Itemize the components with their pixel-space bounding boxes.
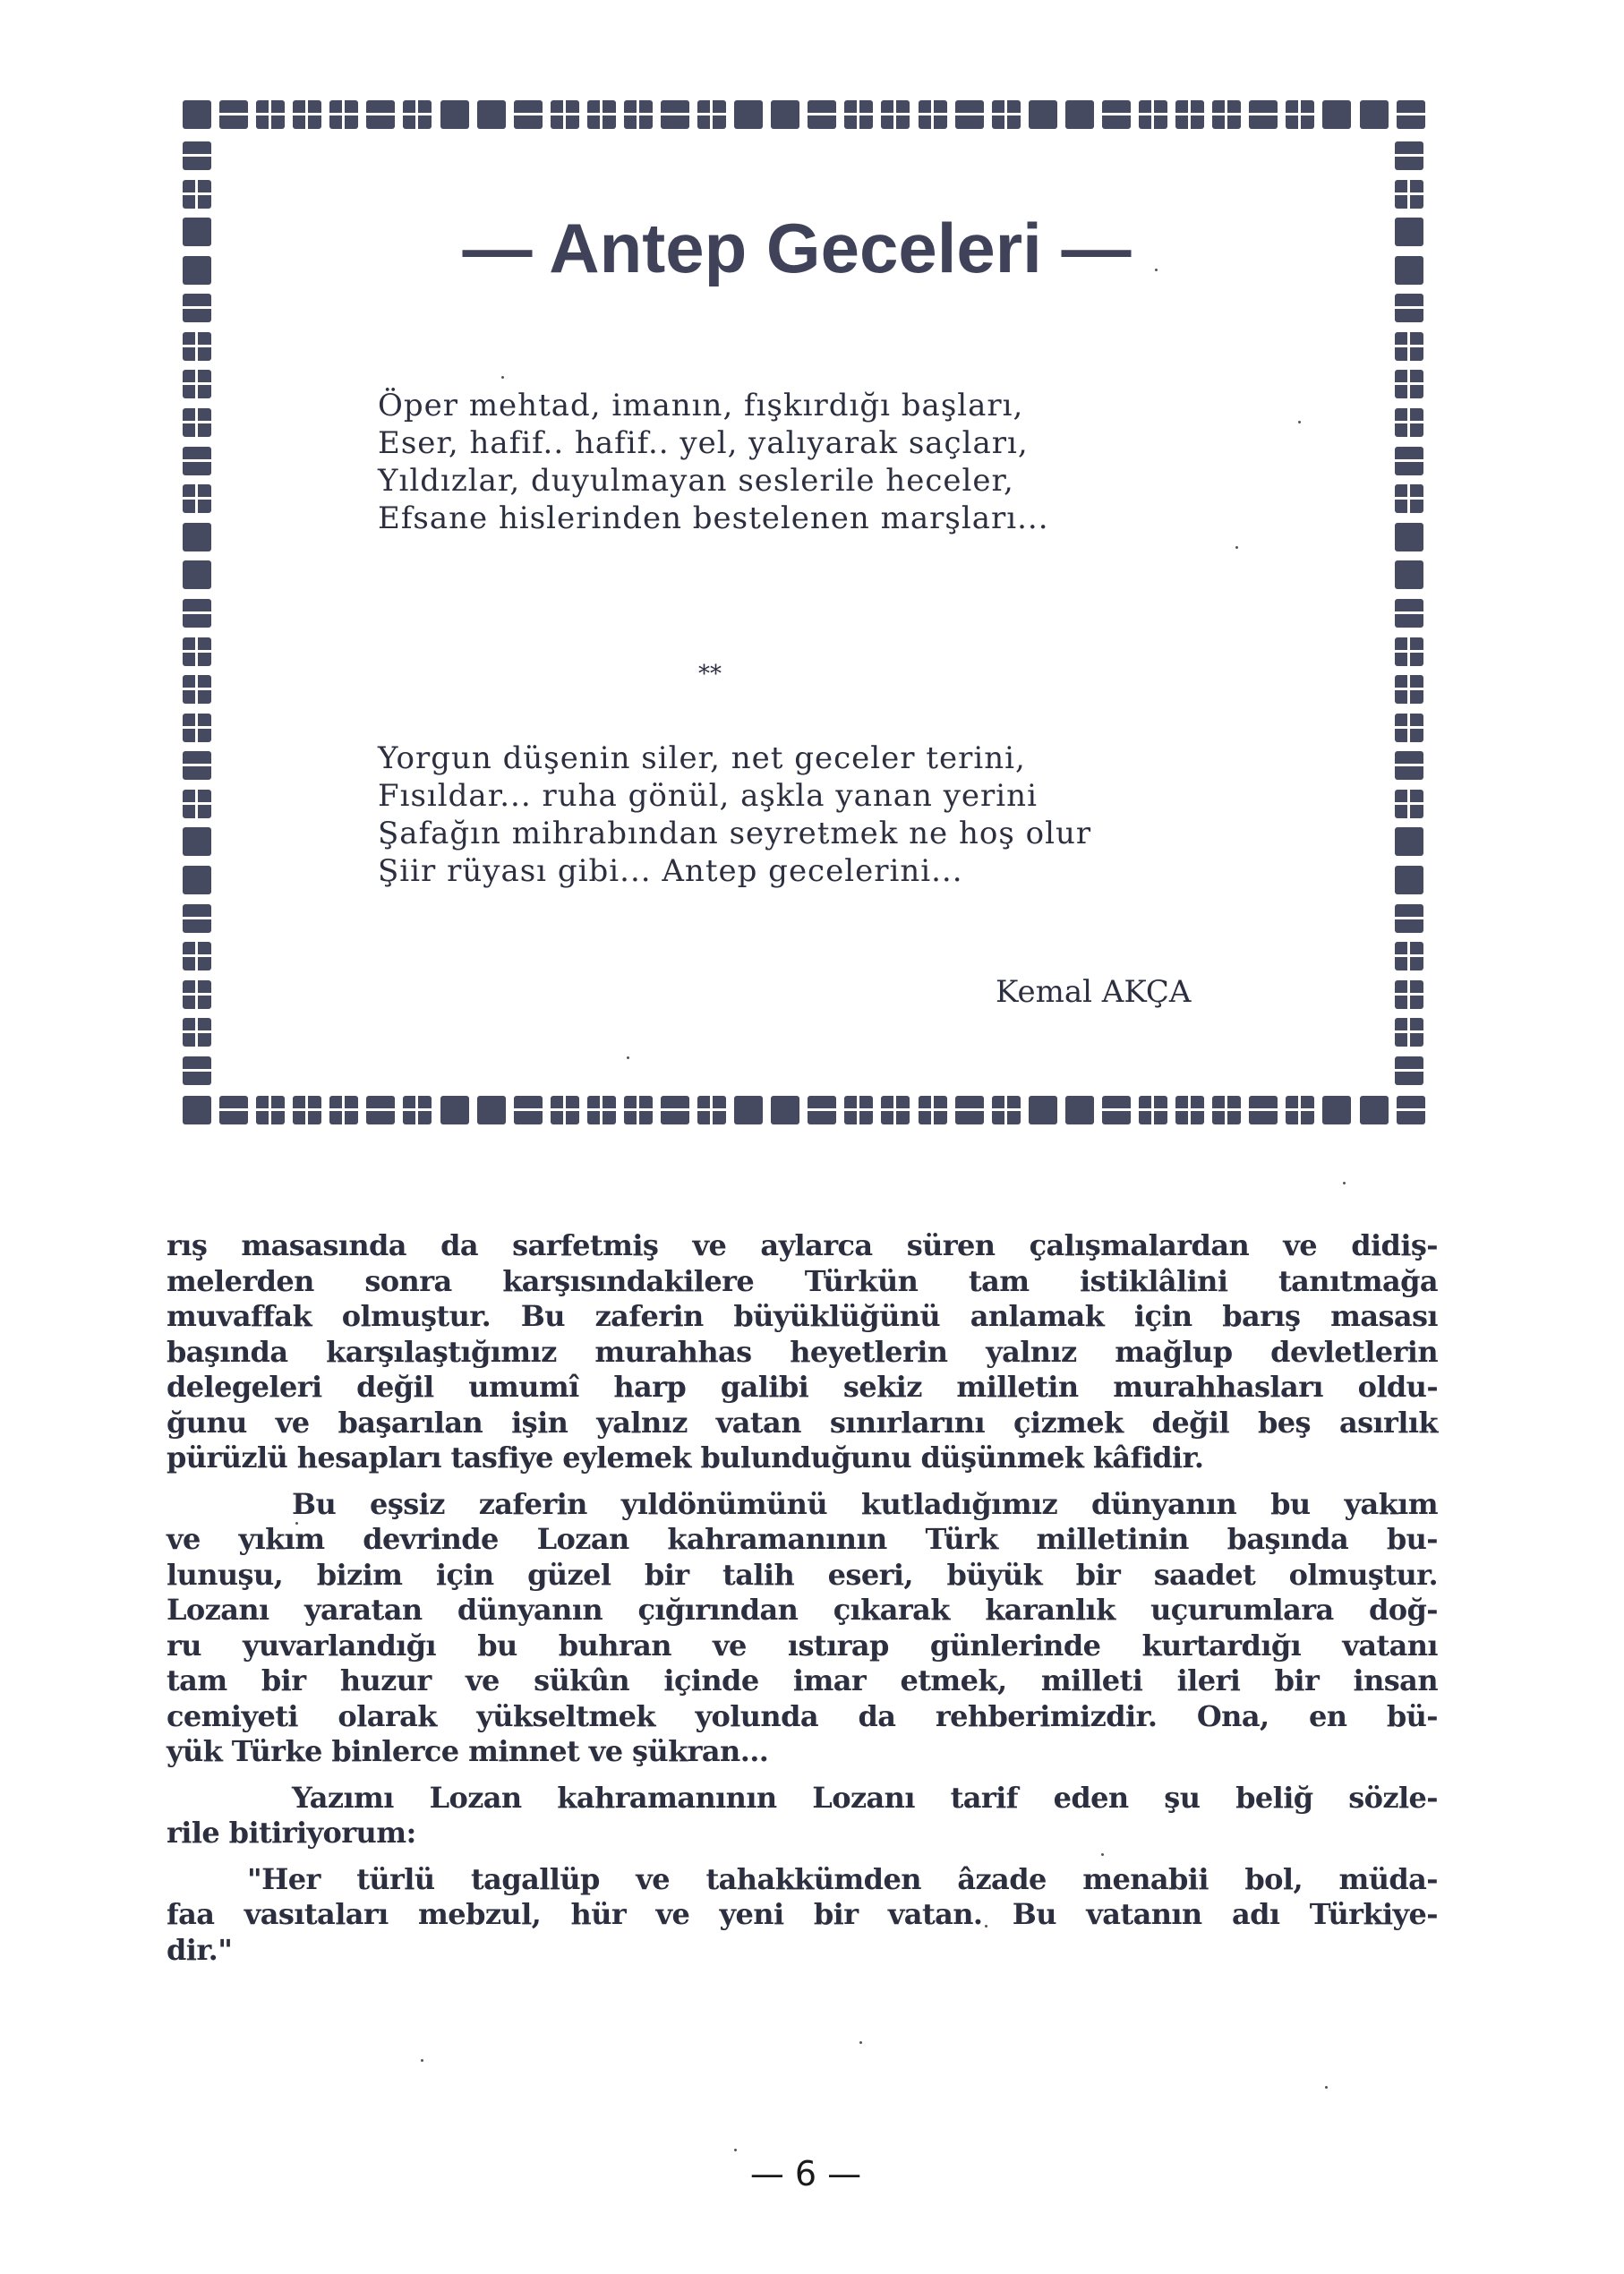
frame-ornament-square — [183, 332, 211, 361]
frame-ornament-square — [1139, 100, 1167, 129]
frame-ornament-square — [183, 980, 211, 1009]
text-line: delegeleri değil umumî harp galibi sekiz… — [167, 1370, 1438, 1406]
frame-ornament-square — [183, 256, 211, 285]
scan-speck — [501, 376, 504, 379]
frame-ornament-square — [1322, 100, 1351, 129]
frame-ornament-square — [1175, 100, 1204, 129]
frame-ornament-square — [183, 942, 211, 970]
frame-top-border — [183, 100, 1425, 131]
frame-ornament-square — [1395, 675, 1423, 704]
frame-ornament-square — [844, 100, 873, 129]
frame-ornament-square — [1395, 408, 1423, 437]
frame-ornament-square — [1029, 100, 1057, 129]
scan-speck — [1235, 546, 1238, 549]
frame-ornament-square — [183, 370, 211, 398]
poem-line: Yıldızlar, duyulmayan seslerile heceler, — [378, 462, 1049, 500]
frame-ornament-square — [440, 1096, 469, 1124]
text-line: "Her türlü tagallüp ve tahakkümden âzade… — [167, 1862, 1438, 1898]
text-line: pürüzlü hesapları tasfiye eylemek bulund… — [167, 1440, 1438, 1476]
frame-ornament-square — [587, 100, 616, 129]
frame-ornament-square — [1395, 523, 1423, 551]
frame-ornament-square — [366, 1096, 395, 1124]
frame-ornament-square — [1395, 751, 1423, 780]
poem-line: Efsane hislerinden bestelenen marşları..… — [378, 500, 1049, 537]
scan-speck — [1101, 1853, 1104, 1856]
text-line: faa vasıtaları mebzul, hür ve yeni bir v… — [167, 1897, 1438, 1933]
frame-ornament-square — [1395, 218, 1423, 246]
frame-ornament-square — [183, 560, 211, 589]
paragraph-gap — [167, 1476, 1438, 1487]
frame-ornament-square — [1397, 100, 1425, 129]
scan-speck — [1155, 269, 1158, 271]
frame-ornament-square — [661, 1096, 689, 1124]
frame-right-border — [1395, 141, 1425, 1085]
scan-speck — [1298, 421, 1301, 423]
scan-speck — [1343, 1182, 1346, 1184]
closing-quote: "Her türlü tagallüp ve tahakkümden âzade… — [167, 1862, 1438, 1969]
scan-speck — [1325, 2086, 1328, 2089]
text-line: başında karşılaştığımız murahhas heyetle… — [167, 1335, 1438, 1371]
frame-ornament-square — [697, 100, 726, 129]
scan-speck — [859, 2041, 862, 2044]
text-line: ru yuvarlandığı bu buhran ve ıstırap gün… — [167, 1629, 1438, 1664]
poem-line: Şafağın mihrabından seyretmek ne hoş olu… — [378, 815, 1091, 852]
frame-ornament-square — [183, 866, 211, 894]
frame-ornament-square — [183, 447, 211, 475]
text-line: lunuşu, bizim için güzel bir talih eseri… — [167, 1558, 1438, 1594]
frame-ornament-square — [881, 100, 910, 129]
frame-ornament-square — [808, 100, 836, 129]
frame-ornament-square — [183, 1096, 211, 1124]
scan-speck — [295, 1522, 298, 1525]
frame-ornament-square — [1395, 904, 1423, 933]
frame-ornament-square — [183, 675, 211, 704]
frame-ornament-square — [1395, 1056, 1423, 1085]
frame-ornament-square — [1395, 294, 1423, 322]
frame-ornament-square — [183, 1018, 211, 1047]
paragraph-gap — [167, 1851, 1438, 1862]
frame-ornament-square — [1395, 790, 1423, 818]
scan-speck — [421, 2059, 423, 2062]
frame-ornament-square — [514, 100, 543, 129]
frame-ornament-square — [1395, 599, 1423, 628]
poem-line: Eser, hafif.. hafif.. yel, yalıyarak saç… — [378, 424, 1049, 462]
frame-ornament-square — [183, 180, 211, 209]
frame-ornament-square — [514, 1096, 543, 1124]
paragraph-gap — [167, 1770, 1438, 1781]
frame-ornament-square — [734, 100, 763, 129]
frame-ornament-square — [697, 1096, 726, 1124]
frame-ornament-square — [1139, 1096, 1167, 1124]
stanza-separator: ** — [698, 661, 722, 688]
text-line: rile bitiriyorum: — [167, 1816, 1438, 1851]
frame-ornament-square — [624, 100, 653, 129]
scan-speck — [627, 1056, 629, 1059]
frame-ornament-square — [183, 827, 211, 856]
frame-ornament-square — [1395, 332, 1423, 361]
frame-ornament-square — [183, 751, 211, 780]
frame-ornament-square — [403, 1096, 432, 1124]
frame-ornament-square — [1395, 637, 1423, 666]
frame-ornament-square — [183, 100, 211, 129]
text-line: melerden sonra karşısındakilere Türkün t… — [167, 1264, 1438, 1300]
text-line: Lozanı yaratan dünyanın çığırından çıkar… — [167, 1593, 1438, 1629]
frame-ornament-square — [219, 1096, 248, 1124]
frame-ornament-square — [293, 100, 321, 129]
frame-ornament-square — [440, 100, 469, 129]
frame-ornament-square — [1395, 256, 1423, 285]
text-line: rış masasında da sarfetmiş ve aylarca sü… — [167, 1228, 1438, 1264]
frame-ornament-square — [587, 1096, 616, 1124]
page-number: — 6 — — [716, 2154, 895, 2193]
frame-ornament-square — [183, 904, 211, 933]
frame-ornament-square — [219, 100, 248, 129]
frame-ornament-square — [551, 1096, 579, 1124]
paragraph-1: rış masasında da sarfetmiş ve aylarca sü… — [167, 1228, 1438, 1476]
frame-ornament-square — [183, 523, 211, 551]
frame-ornament-square — [919, 1096, 947, 1124]
frame-ornament-square — [771, 100, 799, 129]
frame-ornament-square — [183, 714, 211, 742]
text-line: muvaffak olmuştur. Bu zaferin büyüklüğün… — [167, 1299, 1438, 1335]
scanned-page: — Antep Geceleri — Öper mehtad, imanın, … — [0, 0, 1624, 2274]
frame-ornament-square — [477, 100, 506, 129]
frame-ornament-square — [183, 599, 211, 628]
frame-ornament-square — [477, 1096, 506, 1124]
frame-ornament-square — [183, 1056, 211, 1085]
text-line: ve yıkım devrinde Lozan kahramanının Tür… — [167, 1522, 1438, 1558]
frame-ornament-square — [1212, 1096, 1241, 1124]
frame-ornament-square — [1102, 1096, 1131, 1124]
frame-ornament-square — [1395, 1018, 1423, 1047]
frame-ornament-square — [1395, 980, 1423, 1009]
poem-author: Kemal AKÇA — [996, 974, 1191, 1010]
poem-line: Şiir rüyası gibi... Antep gecelerini... — [378, 852, 1091, 890]
frame-ornament-square — [1065, 1096, 1094, 1124]
frame-ornament-square — [1212, 100, 1241, 129]
frame-ornament-square — [293, 1096, 321, 1124]
frame-ornament-square — [1175, 1096, 1204, 1124]
frame-ornament-square — [329, 1096, 358, 1124]
poem-stanza-1: Öper mehtad, imanın, fışkırdığı başları,… — [378, 387, 1049, 537]
frame-ornament-square — [366, 100, 395, 129]
paragraph-3: Yazımı Lozan kahramanının Lozanı tarif e… — [167, 1781, 1438, 1851]
frame-ornament-square — [919, 100, 947, 129]
frame-left-border — [183, 141, 213, 1085]
scan-speck — [824, 833, 826, 835]
text-line: Bu eşsiz zaferin yıldönümünü kutladığımı… — [167, 1487, 1438, 1523]
frame-ornament-square — [881, 1096, 910, 1124]
frame-ornament-square — [1322, 1096, 1351, 1124]
frame-ornament-square — [844, 1096, 873, 1124]
frame-ornament-square — [183, 637, 211, 666]
frame-ornament-square — [183, 790, 211, 818]
frame-ornament-square — [1286, 1096, 1314, 1124]
frame-ornament-square — [1360, 100, 1389, 129]
frame-ornament-square — [1395, 141, 1423, 170]
frame-ornament-square — [329, 100, 358, 129]
frame-ornament-square — [992, 100, 1021, 129]
frame-ornament-square — [183, 141, 211, 170]
poem-line: Yorgun düşenin siler, net geceler terini… — [378, 739, 1091, 777]
text-line: Yazımı Lozan kahramanının Lozanı tarif e… — [167, 1781, 1438, 1817]
frame-ornament-square — [1395, 942, 1423, 970]
frame-ornament-square — [1395, 714, 1423, 742]
frame-bottom-border — [183, 1096, 1425, 1126]
frame-ornament-square — [183, 408, 211, 437]
frame-ornament-square — [1065, 100, 1094, 129]
poem-stanza-2: Yorgun düşenin siler, net geceler terini… — [378, 739, 1091, 890]
poem-line: Fısıldar... ruha gönül, aşkla yanan yeri… — [378, 777, 1091, 815]
poem-title: — Antep Geceleri — — [376, 208, 1218, 289]
frame-ornament-square — [183, 484, 211, 513]
frame-ornament-square — [1395, 866, 1423, 894]
poem-line: Öper mehtad, imanın, fışkırdığı başları, — [378, 387, 1049, 424]
frame-ornament-square — [1397, 1096, 1425, 1124]
frame-ornament-square — [808, 1096, 836, 1124]
frame-ornament-square — [1360, 1096, 1389, 1124]
text-line: ğunu ve başarılan işin yalnız vatan sını… — [167, 1406, 1438, 1441]
frame-ornament-square — [256, 1096, 285, 1124]
frame-ornament-square — [1395, 180, 1423, 209]
text-line: cemiyeti olarak yükseltmek yolunda da re… — [167, 1699, 1438, 1735]
frame-ornament-square — [1029, 1096, 1057, 1124]
frame-ornament-square — [955, 100, 984, 129]
frame-ornament-square — [256, 100, 285, 129]
frame-ornament-square — [771, 1096, 799, 1124]
frame-ornament-square — [403, 100, 432, 129]
frame-ornament-square — [1249, 1096, 1278, 1124]
frame-ornament-square — [1286, 100, 1314, 129]
frame-ornament-square — [1395, 827, 1423, 856]
text-line: dir." — [167, 1933, 1438, 1969]
frame-ornament-square — [551, 100, 579, 129]
text-line: yük Türke binlerce minnet ve şükran... — [167, 1734, 1438, 1770]
text-line: tam bir huzur ve sükûn içinde imar etmek… — [167, 1663, 1438, 1699]
scan-speck — [734, 2149, 737, 2151]
paragraph-2: Bu eşsiz zaferin yıldönümünü kutladığımı… — [167, 1487, 1438, 1770]
frame-ornament-square — [1395, 447, 1423, 475]
frame-ornament-square — [1395, 370, 1423, 398]
frame-ornament-square — [1395, 560, 1423, 589]
frame-ornament-square — [992, 1096, 1021, 1124]
frame-ornament-square — [661, 100, 689, 129]
frame-ornament-square — [183, 294, 211, 322]
frame-ornament-square — [1395, 484, 1423, 513]
frame-ornament-square — [734, 1096, 763, 1124]
frame-ornament-square — [955, 1096, 984, 1124]
frame-ornament-square — [1102, 100, 1131, 129]
scan-speck — [985, 1925, 987, 1928]
article-body: rış masasında da sarfetmiş ve aylarca sü… — [167, 1228, 1438, 1968]
frame-ornament-square — [1249, 100, 1278, 129]
frame-ornament-square — [183, 218, 211, 246]
frame-ornament-square — [624, 1096, 653, 1124]
